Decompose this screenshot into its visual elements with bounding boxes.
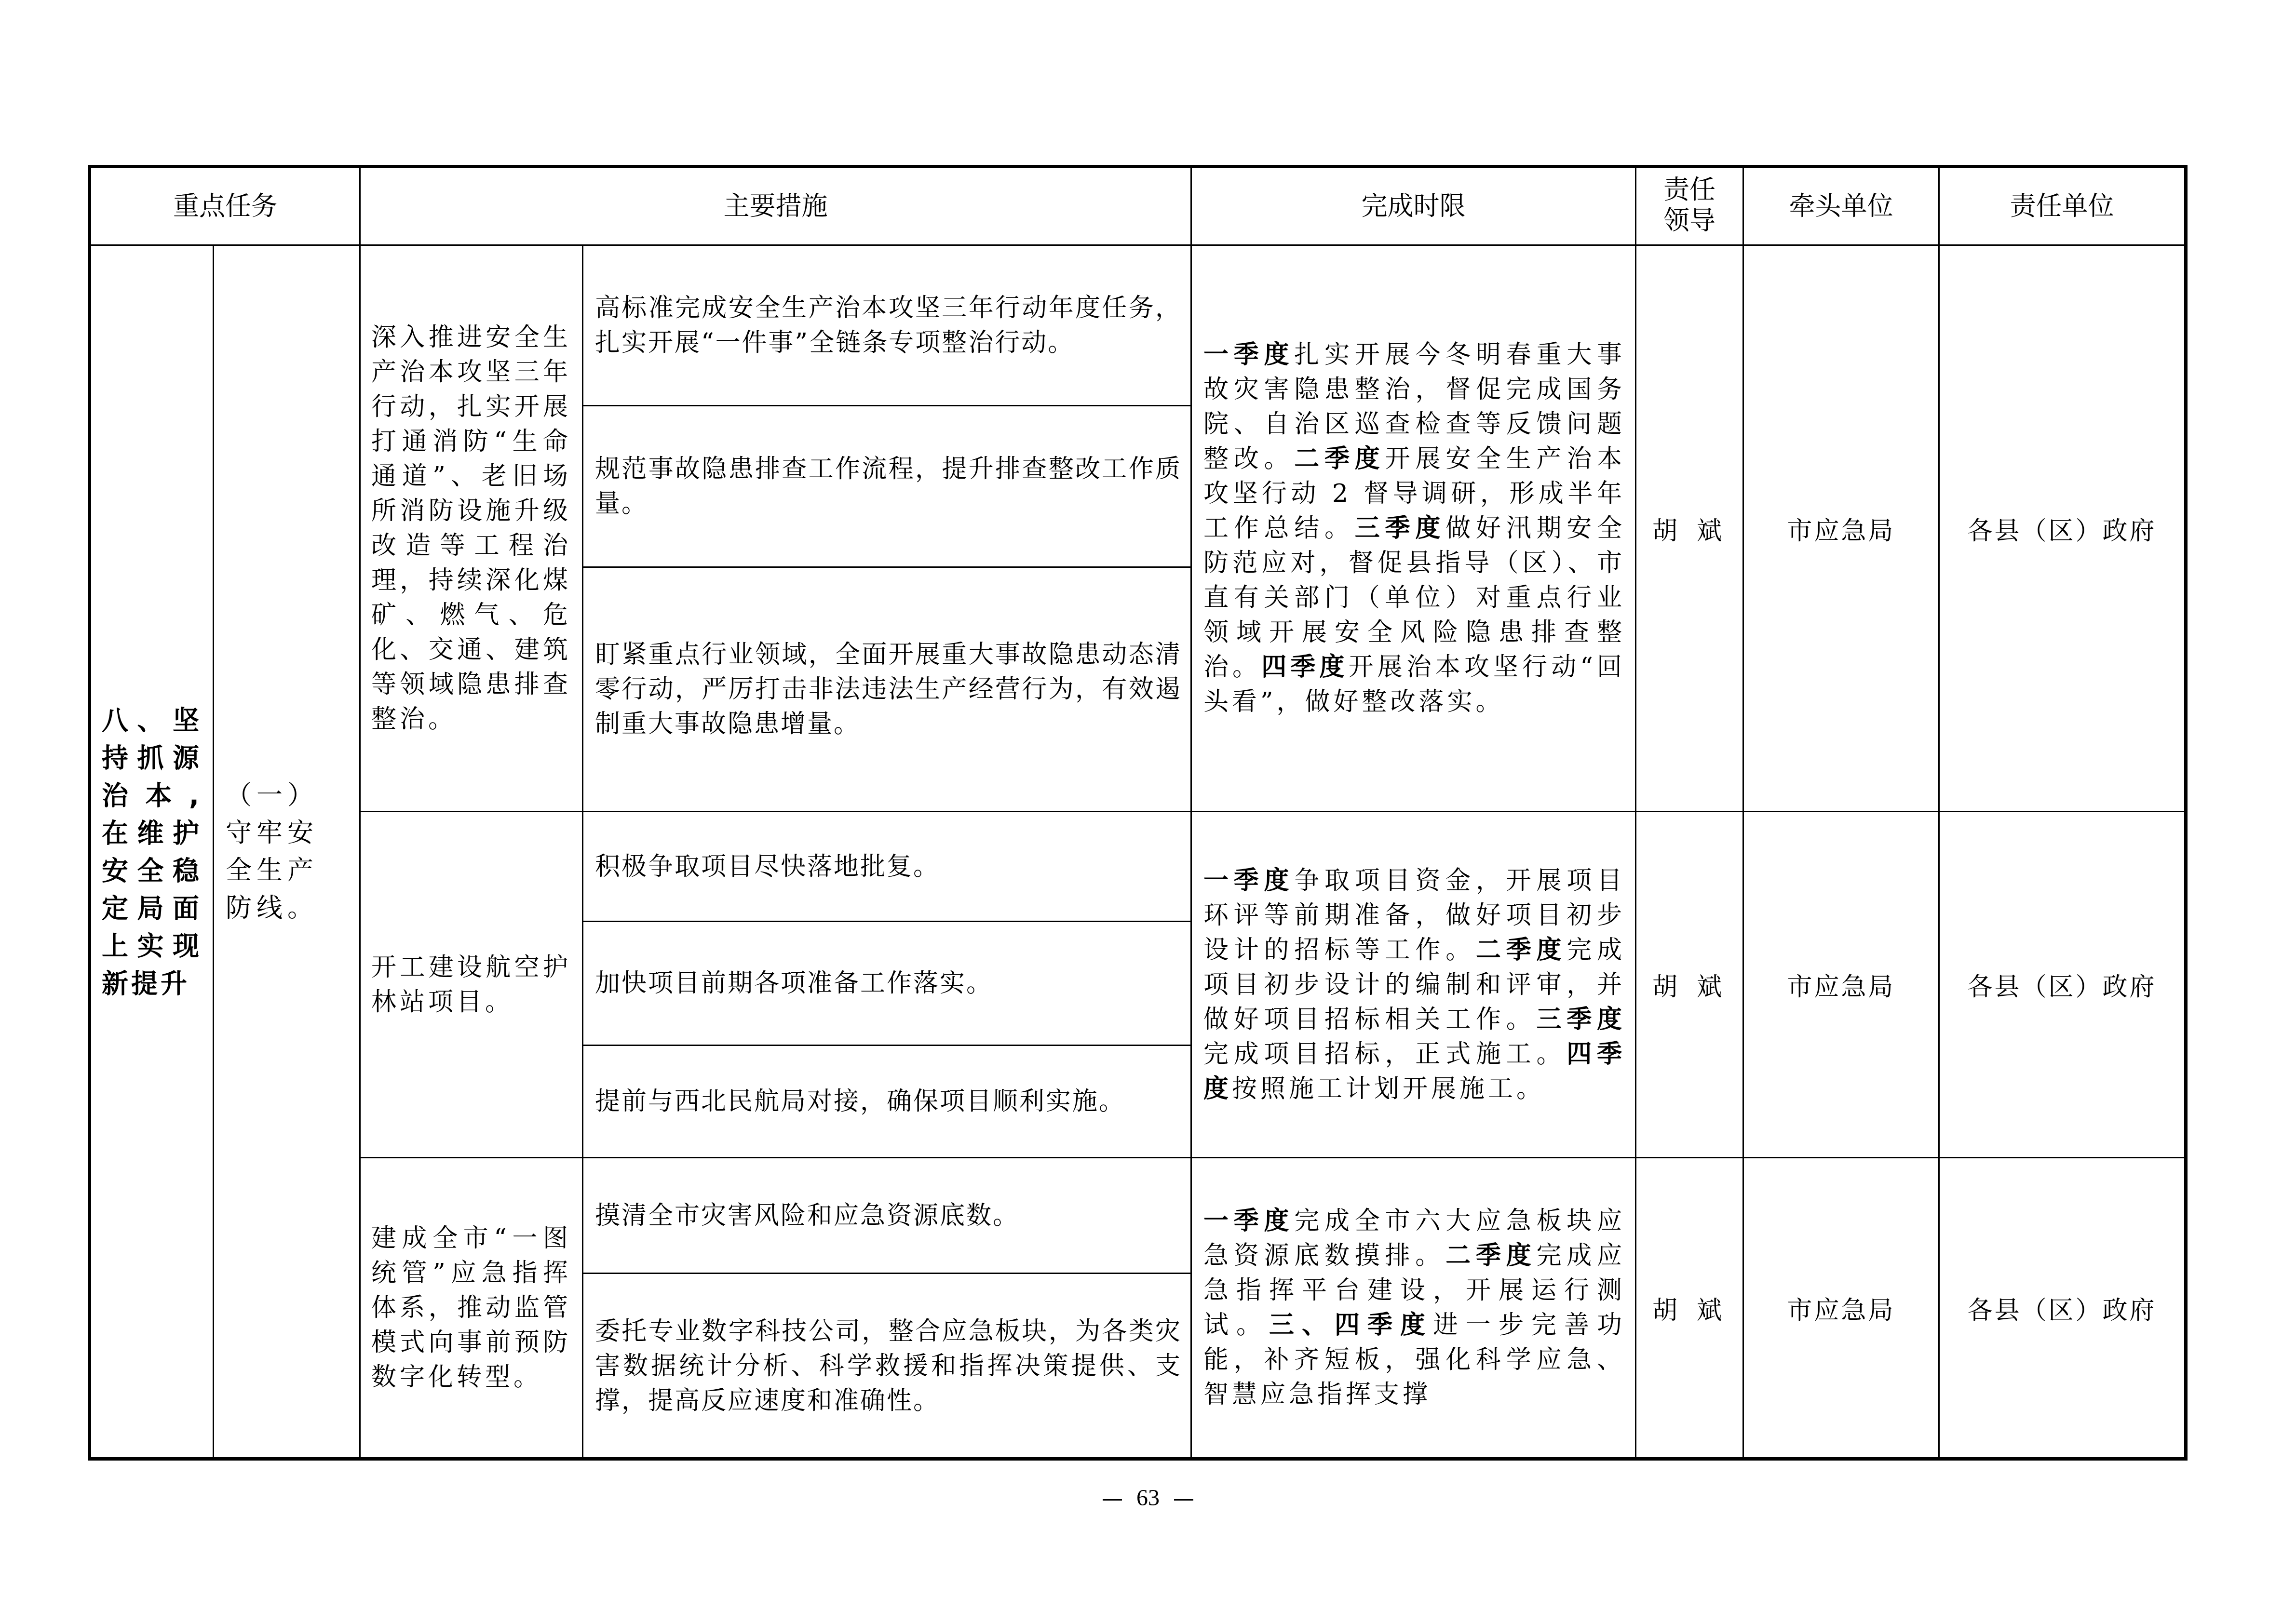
page-footer: 63	[0, 1485, 2296, 1511]
table-row: 八、坚持抓源治本,在维护安全稳定局面上实现新提升 （一）守牢安全生产防线。 深入…	[90, 245, 2186, 406]
lead-unit-cell: 市应急局	[1743, 245, 1939, 812]
table-row: 开工建设航空护林站项目。 积极争取项目尽快落地批复。 一季度争取项目资金，开展项…	[90, 812, 2186, 922]
leader-cell: 胡斌	[1636, 812, 1743, 1158]
header-lead-unit: 牵头单位	[1743, 167, 1939, 245]
quarter-label: 三季度	[1536, 1005, 1625, 1034]
quarter-label: 一季度	[1203, 340, 1294, 369]
measure-cell: 高标准完成安全生产治本攻坚三年行动年度任务，扎实开展“一件事”全链条专项整治行动…	[583, 245, 1191, 406]
header-key-task: 重点任务	[90, 167, 360, 245]
quarter-label: 三季度	[1355, 514, 1445, 543]
page-number: 63	[1136, 1485, 1160, 1511]
quarter-label: 二季度	[1476, 936, 1567, 965]
page-dash-right	[1174, 1499, 1193, 1501]
lead-unit-cell: 市应急局	[1743, 812, 1939, 1158]
task-cell: 开工建设航空护林站项目。	[360, 812, 583, 1158]
measure-cell: 提前与西北民航局对接，确保项目顺利实施。	[583, 1046, 1191, 1158]
deadline-cell: 一季度争取项目资金，开展项目环评等前期准备，做好项目初步设计的招标等工作。二季度…	[1191, 812, 1636, 1158]
quarter-label: 四季度	[1261, 653, 1348, 682]
leader-cell: 胡斌	[1636, 1158, 1743, 1459]
lead-unit-cell: 市应急局	[1743, 1158, 1939, 1459]
quarter-label: 二季度	[1294, 444, 1385, 473]
quarter-label: 三、四季度	[1269, 1311, 1433, 1340]
deadline-cell: 一季度完成全市六大应急板块应急资源底数摸排。二季度完成应急指挥平台建设，开展运行…	[1191, 1158, 1636, 1459]
quarter-label: 一季度	[1203, 1207, 1294, 1235]
header-responsible-unit: 责任单位	[1939, 167, 2186, 245]
header-leader: 责任领导	[1636, 167, 1743, 245]
responsible-unit-cell: 各县（区）政府	[1939, 812, 2186, 1158]
measure-cell: 积极争取项目尽快落地批复。	[583, 812, 1191, 922]
leader-cell: 胡斌	[1636, 245, 1743, 812]
task-cell: 深入推进安全生产治本攻坚三年行动，扎实开展打通消防“生命通道”、老旧场所消防设施…	[360, 245, 583, 812]
quarter-text: 完成项目招标，正式施工。	[1203, 1040, 1567, 1069]
category-cell: 八、坚持抓源治本,在维护安全稳定局面上实现新提升	[90, 245, 214, 1459]
deadline-cell: 一季度扎实开展今冬明春重大事故灾害隐患整治，督促完成国务院、自治区巡查检查等反馈…	[1191, 245, 1636, 812]
document-page: 重点任务 主要措施 完成时限 责任领导 牵头单位 责任单位 八、坚持抓源治本,在…	[0, 0, 2296, 1623]
quarter-label: 二季度	[1445, 1241, 1536, 1270]
task-table: 重点任务 主要措施 完成时限 责任领导 牵头单位 责任单位 八、坚持抓源治本,在…	[88, 165, 2188, 1461]
measure-cell: 规范事故隐患排查工作流程，提升排查整改工作质量。	[583, 406, 1191, 567]
header-main-measures: 主要措施	[360, 167, 1191, 245]
measure-cell: 盯紧重点行业领域，全面开展重大事故隐患动态清零行动，严厉打击非法违法生产经营行为…	[583, 567, 1191, 812]
quarter-label: 一季度	[1203, 866, 1294, 895]
responsible-unit-cell: 各县（区）政府	[1939, 245, 2186, 812]
quarter-text: 按照施工计划开展施工。	[1232, 1074, 1545, 1103]
page-dash-left	[1103, 1499, 1122, 1501]
task-cell: 建成全市“一图统管”应急指挥体系，推动监管模式向事前预防数字化转型。	[360, 1158, 583, 1459]
header-leader-text: 责任领导	[1663, 174, 1716, 236]
measure-cell: 委托专业数字科技公司，整合应急板块，为各类灾害数据统计分析、科学救援和指挥决策提…	[583, 1274, 1191, 1459]
subcategory-cell: （一）守牢安全生产防线。	[214, 245, 360, 1459]
table-header-row: 重点任务 主要措施 完成时限 责任领导 牵头单位 责任单位	[90, 167, 2186, 245]
header-deadline: 完成时限	[1191, 167, 1636, 245]
measure-cell: 摸清全市灾害风险和应急资源底数。	[583, 1158, 1191, 1274]
measure-cell: 加快项目前期各项准备工作落实。	[583, 922, 1191, 1046]
table-row: 建成全市“一图统管”应急指挥体系，推动监管模式向事前预防数字化转型。 摸清全市灾…	[90, 1158, 2186, 1274]
responsible-unit-cell: 各县（区）政府	[1939, 1158, 2186, 1459]
